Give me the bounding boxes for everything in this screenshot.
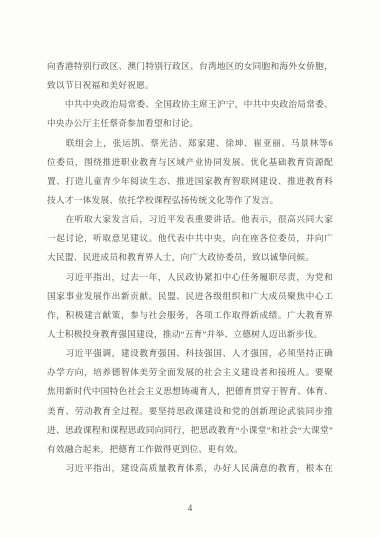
text-line: 向香港特别行政区、澳门特别行政区、台湾地区的女同胞和海外女侨胞， xyxy=(47,57,333,76)
text-line: 作，积极建言献策，参与社会服务，各项工作取得新成绩。广大教育界 xyxy=(47,306,333,325)
text-line: 致以节日祝福和美好祝愿。 xyxy=(47,76,333,95)
text-line: 技人才一体发展、依托学校课程弘扬传统文化等作了发言。 xyxy=(47,191,333,210)
text-line: 人士积极投身教育强国建设，推动“五育”并举、立德树人迈出新步伐。 xyxy=(47,325,333,344)
text-line: 一起讨论，听取意见建议。他代表中共中央，向在座各位委员，并向广 xyxy=(47,229,333,248)
text-line: 美育、劳动教育全过程。要坚持思政课建设和党的创新理论武装同步推 xyxy=(47,402,333,421)
text-block: 向香港特别行政区、澳门特别行政区、台湾地区的女同胞和海外女侨胞，致以节日祝福和美… xyxy=(47,57,333,478)
text-line: 习近平指出，建设高质量教育体系，办好人民满意的教育，根本在 xyxy=(47,459,333,478)
text-line: 国家事业发展作出新贡献。民盟、民进各级组织和广大成员聚焦中心工 xyxy=(47,287,333,306)
page-number: 4 xyxy=(0,503,380,513)
text-line: 中央办公厅主任蔡奇参加看望和讨论。 xyxy=(47,114,333,133)
text-line: 习近平强调，建设教育强国、科技强国、人才强国，必须坚持正确 xyxy=(47,344,333,363)
text-line: 办学方向，培养德智体美劳全面发展的社会主义建设者和接班人。要聚 xyxy=(47,363,333,382)
text-line: 中共中央政治局常委、全国政协主席王沪宁，中共中央政治局常委、 xyxy=(47,95,333,114)
text-line: 习近平指出，过去一年，人民政协紧扣中心任务履职尽责，为党和 xyxy=(47,268,333,287)
document-page: 向香港特别行政区、澳门特别行政区、台湾地区的女同胞和海外女侨胞，致以节日祝福和美… xyxy=(0,0,380,537)
text-line: 进、思政课程和课程思政同向同行，把思政教育“小课堂”和社会“大课堂” xyxy=(47,421,333,440)
text-line: 联组会上，张运凯、蔡光洁、郑家建、徐坤、崔亚丽、马景林等6 xyxy=(47,134,333,153)
text-line: 位委员，围绕推进职业教育与区域产业协同发展、优化基础教育资源配 xyxy=(47,153,333,172)
text-line: 大民盟、民进成员和教育界人士，向广大政协委员，致以诚挚问候。 xyxy=(47,248,333,267)
text-line: 焦用新时代中国特色社会主义思想铸魂育人，把德育贯穿于智育、体育、 xyxy=(47,382,333,401)
text-line: 在听取大家发言后，习近平发表重要讲话。他表示，很高兴同大家 xyxy=(47,210,333,229)
text-line: 有效融合起来，把德育工作做得更到位、更有效。 xyxy=(47,440,333,459)
text-line: 置、打造儿童青少年阅读生态、推进国家教育智联网建设、推进教育科 xyxy=(47,172,333,191)
